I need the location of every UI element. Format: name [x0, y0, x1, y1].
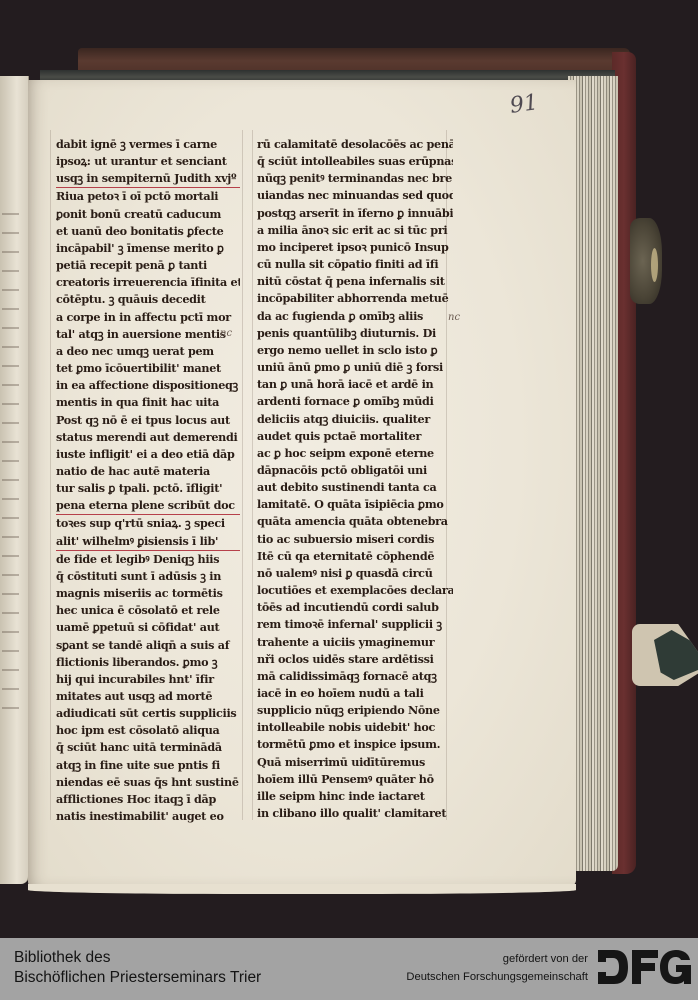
text-line: tal' atqꝫ in auersione mentis: [56, 326, 240, 343]
text-line: toꝛes sup q'rtū sniaꝝ. ꝫ speci: [56, 515, 240, 532]
text-line: mo inciperet ipsoꝛ punicō Insup: [257, 239, 453, 256]
text-line: da ac fugienda ꝑ omībꝫ aliis: [257, 308, 453, 325]
text-line: lamitatē. O quāta īsipiēcia ꝑmo: [257, 496, 453, 513]
clasp-icon-lower: [632, 624, 698, 686]
text-line: status merendi aut demerendi: [56, 429, 240, 446]
library-name-line2: Bischöflichen Priesterseminars Trier: [14, 968, 261, 988]
text-line: nō ualemꝰ nisi ꝑ quasdā circū: [257, 565, 453, 582]
text-line: cū nulla sit cōpatio finiti ad īfi: [257, 256, 453, 273]
text-line: iacē in eo hoīem nudū a tali: [257, 685, 453, 702]
manuscript-scan: 91 dabit ignē ꝫ vermes ī carne ipsoꝝ: ut…: [0, 0, 698, 938]
text-line: supplicio nūqꝫ eripiendo Nōne: [257, 702, 453, 719]
text-line: incōpabiliter abhorrenda metuē: [257, 290, 453, 307]
text-line: atqꝫ in fine uite sue pntis fi: [56, 757, 240, 774]
text-line: natio de hac autē materia: [56, 463, 240, 480]
text-line: usqꝫ in sempiternū Judith xvjº: [56, 170, 240, 188]
text-line: rū calamitatē desolacōēs ac penā: [257, 136, 453, 153]
text-line: in clibano illo qualit' clamitaret: [257, 805, 453, 822]
text-line: ac ꝑ hoc seipm exponē eterne: [257, 445, 453, 462]
ruling-line: [252, 130, 253, 820]
text-line: cōtēptu. ꝫ quāuis decedit: [56, 291, 240, 308]
footer-bar: Bibliothek des Bischöflichen Priestersem…: [0, 938, 698, 1000]
funder-credit: gefördert von der Deutschen Forschungsge…: [406, 950, 588, 986]
text-line: aut debito sustinendi tanta ca: [257, 479, 453, 496]
text-line: magnis miseriis ac tormētis: [56, 585, 240, 602]
text-line: in ea affectione dispositioneqꝫ: [56, 377, 240, 394]
text-line: mā calidissimāqꝫ fornacē atqꝫ: [257, 668, 453, 685]
text-line: nūqꝫ penitꝰ terminandas nec bre: [257, 170, 453, 187]
text-line: et uanū deo bonitatis ꝑfecte: [56, 223, 240, 240]
library-name: Bibliothek des Bischöflichen Priestersem…: [14, 948, 261, 988]
text-line: hoc ipm est cōsolatō aliqua: [56, 722, 240, 739]
text-line: afflictiones Hoc itaqꝫ ī dāp: [56, 791, 240, 808]
text-line: trahente a uiciis ymaginemur: [257, 634, 453, 651]
folio-number: 91: [508, 90, 539, 119]
text-line: mentis in qua finit hac uita: [56, 394, 240, 411]
text-line: dabit ignē ꝫ vermes ī carne: [56, 136, 240, 153]
text-line: uniū ānū ꝑmo ꝑ uniū diē ꝫ forsi: [257, 359, 453, 376]
text-line: ergo nemo uellet in sclo isto ꝑ: [257, 342, 453, 359]
text-line: creatoris irreuerencia īfinita et: [56, 274, 240, 291]
text-line: incāpabil' ꝫ īmense merito ꝑ: [56, 240, 240, 257]
text-line: iuste infligit' ei a deo etiā dāp: [56, 446, 240, 463]
clasp-icon-upper: [630, 218, 662, 304]
text-line: alit' wilhelmꝰ ꝑisiensis ī lib': [56, 533, 240, 551]
text-line: uiandas nec minuandas sed quod: [257, 187, 453, 204]
text-line: a corpe in in affectu pctī mor: [56, 309, 240, 326]
text-line: nři oclos uidēs stare ardētissi: [257, 651, 453, 668]
manuscript-folio: 91 dabit ignē ꝫ vermes ī carne ipsoꝝ: ut…: [28, 80, 576, 886]
text-column-b: rū calamitatē desolacōēs ac penā q̄ sciū…: [257, 136, 453, 822]
facing-page-left: [0, 76, 29, 884]
text-line: rem timoꝛē infernal' supplicii ꝫ: [257, 616, 453, 633]
text-line: ꝑonit bonū creatū caducum: [56, 206, 240, 223]
text-line: quāta amencia quāta obtenebra: [257, 513, 453, 530]
text-line: audet quis pctaē mortaliter: [257, 428, 453, 445]
text-column-a: dabit ignē ꝫ vermes ī carne ipsoꝝ: ut ur…: [56, 136, 240, 825]
text-line: natis inestimabilit' auget eo: [56, 808, 240, 825]
text-line: pena eterna plene scribūt doc: [56, 497, 240, 515]
text-line: a deo nec umqꝫ uerat pem: [56, 343, 240, 360]
text-line: flictionis liberandos. ꝑmo ꝫ: [56, 654, 240, 671]
text-line: tōēs ad incutiendū cordi salub: [257, 599, 453, 616]
text-line: hec unica ē cōsolatō et rele: [56, 602, 240, 619]
text-line: de fide et legibꝰ Deniqꝫ hiis: [56, 551, 240, 568]
text-line: hoīem illū Pensemꝰ quāter hō: [257, 771, 453, 788]
text-line: ipsoꝝ: ut urantur et senciant: [56, 153, 240, 170]
text-line: tur salis ꝑ tpali. pctō. īfligit': [56, 480, 240, 497]
text-line: Itē cū qa eternitatē cōphendē: [257, 548, 453, 565]
text-line: tan ꝑ unā horā iacē et ardē in: [257, 376, 453, 393]
text-line: nitū cōstat q̄ pena infernalis sit: [257, 273, 453, 290]
funder-line2: Deutschen Forschungsgemeinschaft: [406, 968, 588, 986]
text-line: niendas eē suas q̄s hnt sustinē: [56, 774, 240, 791]
text-line: petiā recepit penā ꝑ tanti: [56, 257, 240, 274]
text-line: uamē ꝑpetuū si cōfidat' aut: [56, 619, 240, 636]
dfg-logo-icon: [596, 950, 692, 984]
text-line: q̄ sciūt hanc uitā terminādā: [56, 739, 240, 756]
text-line: tio ac subuersio miseri cordis: [257, 531, 453, 548]
text-line: mitates aut usqꝫ ad mortē: [56, 688, 240, 705]
text-line: deliciis atqꝫ diuiciis. qualiter: [257, 411, 453, 428]
text-line: penis quantūlibꝫ diuturnis. Di: [257, 325, 453, 342]
ruling-line: [50, 130, 51, 820]
text-line: Quā miserrimū uidītūremus: [257, 754, 453, 771]
text-line: locutiōes et exemplacōes declara: [257, 582, 453, 599]
text-line: ardenti fornace ꝑ omībꝫ mūdi: [257, 393, 453, 410]
text-line: dāpnacōis pctō obligatōi uni: [257, 462, 453, 479]
funder-line1: gefördert von der: [406, 950, 588, 968]
margin-note: nc: [220, 328, 232, 339]
text-line: intolleabile nobis uidebit' hoc: [257, 719, 453, 736]
text-line: postqꝫ arserīt in īferno ꝑ innuābili: [257, 205, 453, 222]
text-line: Post qꝫ nō ē ei tpus locus aut: [56, 412, 240, 429]
ruling-line: [242, 130, 243, 820]
text-line: tet ꝑmo īcōuertibilit' manet: [56, 360, 240, 377]
text-line: a milia ānoꝛ sic erit ac si tūc pri: [257, 222, 453, 239]
text-line: ille seipm hinc inde iactaret: [257, 788, 453, 805]
text-line: sꝑant se tandē aliqn̄ a suis af: [56, 637, 240, 654]
text-line: Riua petoꝛ ī oī pctō mortali: [56, 188, 240, 205]
text-line: q̄ cōstituti sunt ī adūsis ꝫ in: [56, 568, 240, 585]
text-line: hij qui incurabiles hnt' īfir: [56, 671, 240, 688]
library-name-line1: Bibliothek des: [14, 948, 261, 968]
text-line: tormētū ꝑmo et inspice ipsum.: [257, 736, 453, 753]
text-line: q̄ sciūt intolleabiles suas erūpnas: [257, 153, 453, 170]
text-line: adiudicati sūt certis suppliciis: [56, 705, 240, 722]
